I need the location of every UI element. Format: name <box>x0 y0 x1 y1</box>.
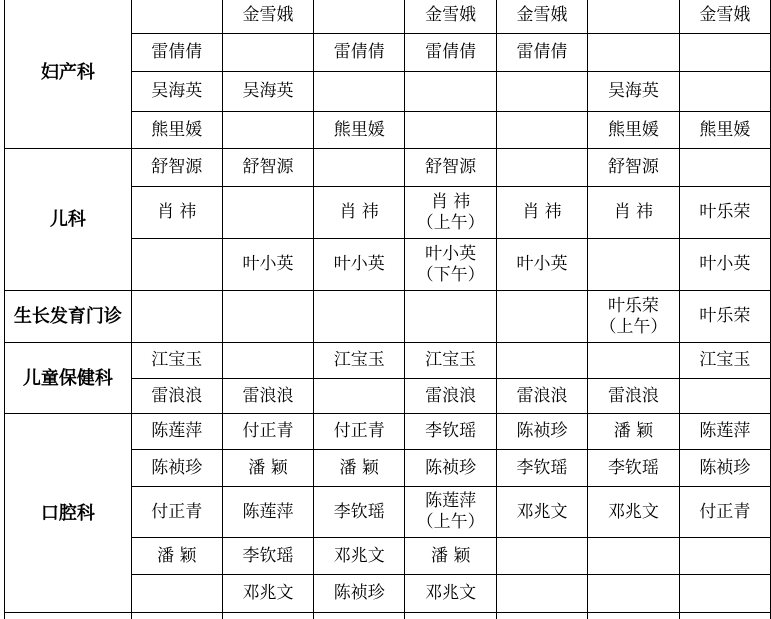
schedule-cell <box>131 575 222 613</box>
table-row: 儿童保健科江宝玉江宝玉江宝玉江宝玉 <box>5 343 771 379</box>
staff-name: 雷浪浪 <box>588 386 679 407</box>
table-row: 妇产科金雪娥金雪娥金雪娥金雪娥 <box>5 0 771 34</box>
schedule-cell: 金雪娥 <box>222 0 313 34</box>
staff-name: 潘 颖 <box>132 546 222 567</box>
schedule-cell: 熊里媛 <box>131 112 222 149</box>
staff-name: 叶乐荣 <box>680 202 770 223</box>
shift-note: （上午） <box>588 317 679 338</box>
schedule-cell: 潘 颖 <box>405 538 497 575</box>
table-row: 生长发育门诊叶乐荣（上午）叶乐荣 <box>5 291 771 343</box>
schedule-cell <box>222 343 313 379</box>
staff-name: 陈祯珍 <box>680 458 770 479</box>
schedule-cell <box>496 343 587 379</box>
schedule-cell: 叶乐荣（上午） <box>588 291 680 343</box>
schedule-cell: 陈莲萍 <box>679 414 770 450</box>
shift-note: （上午） <box>405 213 496 234</box>
schedule-cell: 潘 颖 <box>222 450 313 487</box>
schedule-cell: 叶小英 <box>314 239 405 291</box>
staff-name: 付正青 <box>314 421 404 442</box>
staff-name: 金雪娥 <box>223 5 313 26</box>
schedule-cell <box>314 0 405 34</box>
staff-name: 叶小英 <box>497 254 587 275</box>
staff-name: 雷浪浪 <box>405 386 496 407</box>
schedule-cell: 邓兆文 <box>314 538 405 575</box>
staff-name: 邓兆文 <box>314 546 404 567</box>
staff-name: 叶小英 <box>405 244 496 265</box>
department-label: 口腔科 <box>5 414 132 613</box>
staff-name: 金雪娥 <box>680 5 770 26</box>
schedule-cell: 吴海英 <box>588 72 680 112</box>
staff-name: 潘 颖 <box>405 546 496 567</box>
schedule-cell <box>496 72 587 112</box>
staff-name: 叶乐荣 <box>588 296 679 317</box>
staff-name: 舒智源 <box>588 157 679 178</box>
schedule-cell: 吴海英 <box>131 72 222 112</box>
staff-name: 熊里媛 <box>680 120 770 141</box>
staff-name: 金雪娥 <box>405 5 496 26</box>
staff-name: 付正青 <box>132 502 222 523</box>
staff-name: 付正青 <box>680 502 770 523</box>
schedule-cell: 李钦瑶 <box>405 414 497 450</box>
schedule-cell <box>131 239 222 291</box>
schedule-cell <box>131 0 222 34</box>
duty-schedule-table: 妇产科金雪娥金雪娥金雪娥金雪娥雷倩倩雷倩倩雷倩倩雷倩倩吴海英吴海英吴海英熊里媛熊… <box>4 0 771 619</box>
schedule-cell <box>588 239 680 291</box>
schedule-cell <box>496 575 587 613</box>
staff-name: 熊里媛 <box>588 120 679 141</box>
schedule-cell <box>679 538 770 575</box>
staff-name: 叶小英 <box>680 254 770 275</box>
schedule-cell: 雷倩倩 <box>131 34 222 72</box>
schedule-cell <box>222 34 313 72</box>
staff-name: 陈莲萍 <box>132 421 222 442</box>
schedule-cell: 熊里媛 <box>679 112 770 149</box>
schedule-cell: 雷浪浪 <box>496 379 587 414</box>
staff-name: 邓兆文 <box>223 583 313 604</box>
staff-name: 舒智源 <box>132 157 222 178</box>
schedule-cell: 吴海英 <box>222 72 313 112</box>
department-label: 生长发育门诊 <box>5 291 132 343</box>
schedule-cell: 邓兆文 <box>588 487 680 538</box>
staff-name: 雷浪浪 <box>497 386 587 407</box>
schedule-cell: 叶乐荣 <box>679 187 770 239</box>
staff-name: 雷倩倩 <box>405 42 496 63</box>
staff-name: 陈莲萍 <box>405 491 496 512</box>
staff-name: 肖 祎 <box>132 202 222 223</box>
schedule-cell: 雷倩倩 <box>496 34 587 72</box>
schedule-cell: 雷倩倩 <box>405 34 497 72</box>
schedule-cell: 舒智源 <box>222 149 313 187</box>
schedule-cell <box>314 149 405 187</box>
schedule-cell <box>314 291 405 343</box>
schedule-cell <box>679 379 770 414</box>
schedule-cell: 邓兆文 <box>405 575 497 613</box>
staff-name: 李钦瑶 <box>405 421 496 442</box>
schedule-cell <box>222 291 313 343</box>
staff-name: 舒智源 <box>223 157 313 178</box>
schedule-cell: 舒智源 <box>131 149 222 187</box>
schedule-cell: 江宝玉 <box>405 343 497 379</box>
staff-name: 雷倩倩 <box>314 42 404 63</box>
schedule-cell <box>679 575 770 613</box>
schedule-cell: 李钦瑶 <box>496 450 587 487</box>
schedule-cell <box>222 613 313 619</box>
schedule-cell: 付正青 <box>222 414 313 450</box>
schedule-cell: 叶小英 <box>222 239 313 291</box>
staff-name: 肖 祎 <box>405 192 496 213</box>
schedule-cell: 熊里媛 <box>314 112 405 149</box>
staff-name: 邓兆文 <box>497 502 587 523</box>
staff-name: 陈祯珍 <box>405 458 496 479</box>
schedule-cell <box>588 34 680 72</box>
schedule-cell: 陈祯珍 <box>314 575 405 613</box>
staff-name: 肖 祎 <box>314 202 404 223</box>
staff-name: 雷倩倩 <box>497 42 587 63</box>
staff-name: 陈祯珍 <box>497 421 587 442</box>
schedule-cell: 肖 祎 <box>314 187 405 239</box>
shift-note: （下午） <box>405 265 496 286</box>
staff-name: 李钦瑶 <box>497 458 587 479</box>
schedule-cell: 陈祯珍 <box>131 450 222 487</box>
schedule-cell: 李钦瑶 <box>222 538 313 575</box>
staff-name: 雷浪浪 <box>132 386 222 407</box>
schedule-cell <box>588 0 680 34</box>
schedule-cell: 潘 颖 <box>588 414 680 450</box>
schedule-cell <box>5 613 132 619</box>
staff-name: 李钦瑶 <box>223 546 313 567</box>
schedule-cell: 叶乐荣 <box>679 291 770 343</box>
schedule-cell: 雷浪浪 <box>588 379 680 414</box>
schedule-cell <box>222 187 313 239</box>
schedule-cell <box>405 112 497 149</box>
schedule-cell: 邓兆文 <box>496 487 587 538</box>
staff-name: 潘 颖 <box>223 458 313 479</box>
staff-name: 潘 颖 <box>314 458 404 479</box>
schedule-cell: 雷倩倩 <box>314 34 405 72</box>
schedule-cell: 肖 祎（上午） <box>405 187 497 239</box>
schedule-cell: 肖 祎 <box>588 187 680 239</box>
staff-name: 李钦瑶 <box>314 502 404 523</box>
staff-name: 叶小英 <box>314 254 404 275</box>
schedule-cell <box>314 379 405 414</box>
staff-name: 吴海英 <box>223 81 313 102</box>
staff-name: 熊里媛 <box>132 120 222 141</box>
schedule-cell: 金雪娥 <box>679 0 770 34</box>
department-label: 妇产科 <box>5 0 132 149</box>
schedule-cell <box>588 575 680 613</box>
staff-name: 叶小英 <box>223 254 313 275</box>
staff-name: 吴海英 <box>588 81 679 102</box>
schedule-cell: 江宝玉 <box>314 343 405 379</box>
schedule-cell <box>314 613 405 619</box>
staff-name: 金雪娥 <box>497 5 587 26</box>
schedule-cell: 李钦瑶 <box>314 487 405 538</box>
staff-name: 陈莲萍 <box>680 421 770 442</box>
schedule-cell <box>588 613 680 619</box>
schedule-cell: 叶小英 <box>496 239 587 291</box>
schedule-cell: 叶小英（下午） <box>405 239 497 291</box>
schedule-cell: 陈莲萍 <box>131 414 222 450</box>
schedule-cell: 雷浪浪 <box>405 379 497 414</box>
schedule-body: 妇产科金雪娥金雪娥金雪娥金雪娥雷倩倩雷倩倩雷倩倩雷倩倩吴海英吴海英吴海英熊里媛熊… <box>5 0 771 619</box>
staff-name: 吴海英 <box>132 81 222 102</box>
staff-name: 邓兆文 <box>588 502 679 523</box>
schedule-cell <box>496 291 587 343</box>
schedule-cell <box>679 72 770 112</box>
schedule-cell: 陈祯珍 <box>496 414 587 450</box>
schedule-cell <box>588 343 680 379</box>
schedule-cell <box>131 291 222 343</box>
staff-name: 叶乐荣 <box>680 306 770 327</box>
schedule-cell: 江宝玉 <box>131 343 222 379</box>
table-row: 口腔科陈莲萍付正青付正青李钦瑶陈祯珍潘 颖陈莲萍 <box>5 414 771 450</box>
schedule-cell <box>679 34 770 72</box>
schedule-cell <box>679 613 770 619</box>
shift-note: （上午） <box>405 512 496 533</box>
schedule-cell: 陈祯珍 <box>679 450 770 487</box>
schedule-cell: 付正青 <box>314 414 405 450</box>
staff-name: 潘 颖 <box>588 421 679 442</box>
table-row-partial <box>5 613 771 619</box>
schedule-cell: 肖 祎 <box>131 187 222 239</box>
department-label: 儿科 <box>5 149 132 291</box>
staff-name: 肖 祎 <box>588 202 679 223</box>
table-row: 儿科舒智源舒智源舒智源舒智源 <box>5 149 771 187</box>
staff-name: 付正青 <box>223 421 313 442</box>
staff-name: 陈祯珍 <box>314 583 404 604</box>
schedule-cell <box>496 538 587 575</box>
staff-name: 肖 祎 <box>497 202 587 223</box>
schedule-cell <box>405 613 497 619</box>
staff-name: 江宝玉 <box>314 350 404 371</box>
schedule-cell: 舒智源 <box>588 149 680 187</box>
schedule-cell <box>679 149 770 187</box>
schedule-cell: 雷浪浪 <box>131 379 222 414</box>
staff-name: 陈祯珍 <box>132 458 222 479</box>
staff-name: 雷倩倩 <box>132 42 222 63</box>
schedule-cell <box>496 149 587 187</box>
schedule-cell: 肖 祎 <box>496 187 587 239</box>
schedule-cell: 李钦瑶 <box>588 450 680 487</box>
schedule-cell: 雷浪浪 <box>222 379 313 414</box>
schedule-cell <box>588 538 680 575</box>
schedule-cell: 陈莲萍（上午） <box>405 487 497 538</box>
staff-name: 江宝玉 <box>680 350 770 371</box>
schedule-cell <box>222 112 313 149</box>
schedule-cell <box>405 72 497 112</box>
staff-name: 熊里媛 <box>314 120 404 141</box>
schedule-cell: 潘 颖 <box>314 450 405 487</box>
staff-name: 江宝玉 <box>132 350 222 371</box>
schedule-cell <box>496 112 587 149</box>
staff-name: 舒智源 <box>405 157 496 178</box>
schedule-cell <box>131 613 222 619</box>
schedule-cell <box>496 613 587 619</box>
staff-name: 邓兆文 <box>405 583 496 604</box>
schedule-cell: 金雪娥 <box>405 0 497 34</box>
staff-name: 江宝玉 <box>405 350 496 371</box>
schedule-cell: 付正青 <box>679 487 770 538</box>
schedule-cell: 潘 颖 <box>131 538 222 575</box>
staff-name: 李钦瑶 <box>588 458 679 479</box>
staff-name: 雷浪浪 <box>223 386 313 407</box>
schedule-cell: 江宝玉 <box>679 343 770 379</box>
department-label: 儿童保健科 <box>5 343 132 414</box>
staff-name: 陈莲萍 <box>223 502 313 523</box>
schedule-cell: 邓兆文 <box>222 575 313 613</box>
schedule-cell <box>314 72 405 112</box>
schedule-cell: 熊里媛 <box>588 112 680 149</box>
schedule-cell: 叶小英 <box>679 239 770 291</box>
schedule-cell: 付正青 <box>131 487 222 538</box>
schedule-cell: 舒智源 <box>405 149 497 187</box>
schedule-cell <box>405 291 497 343</box>
schedule-cell: 金雪娥 <box>496 0 587 34</box>
schedule-cell: 陈莲萍 <box>222 487 313 538</box>
schedule-cell: 陈祯珍 <box>405 450 497 487</box>
